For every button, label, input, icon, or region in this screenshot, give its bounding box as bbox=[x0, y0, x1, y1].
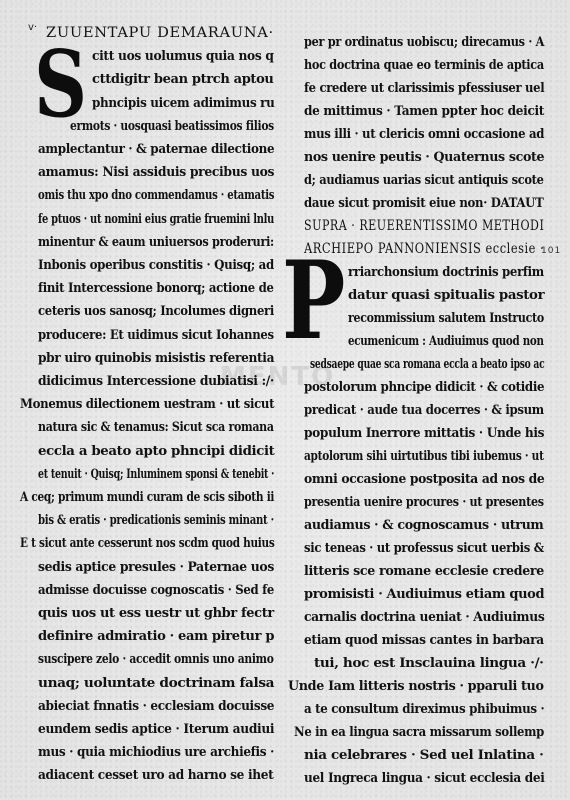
manuscript-line: ceteris uos sanosq; Incolumes digneri bbox=[38, 303, 274, 319]
manuscript-line: audiamus · & cognoscamus · utrum bbox=[304, 517, 543, 533]
manuscript-line: omis thu xpo dno commendamus · etamatis bbox=[38, 187, 274, 203]
manuscript-line: ecumenicum : Audiuimus quod non bbox=[348, 333, 544, 349]
manuscript-line: Monemus dilectionem uestram · ut sicut bbox=[20, 396, 274, 412]
manuscript-line: ermots · uosquasi beatissimos filios bbox=[70, 118, 274, 134]
manuscript-line: E t sicut ante cesserunt nos scdm quod h… bbox=[20, 535, 274, 551]
manuscript-line: bis & eratis · predicationis seminis min… bbox=[38, 512, 274, 528]
manuscript-line: ARCHIEPO PANNONIENSIS ecclesie · bbox=[304, 241, 544, 257]
manuscript-line: promisisti · Audiuimus etiam quod bbox=[304, 586, 544, 602]
manuscript-line: de mittimus · Tamen ppter hoc deicit bbox=[304, 103, 544, 119]
manuscript-line: natura sic & tenamus: Sicut sca romana bbox=[38, 419, 274, 435]
manuscript-line: phncipis uicem adimimus ru bbox=[92, 95, 274, 111]
manuscript-line: sedis aptice presules · Paternae uos bbox=[38, 559, 274, 575]
manuscript-line: a te consultum direximus phibuimus · bbox=[304, 701, 544, 717]
manuscript-line: minentur & eaum uniuersos proderuri: bbox=[38, 234, 274, 250]
manuscript-line: mus · quia michiodius ure archiefis · bbox=[38, 744, 274, 760]
manuscript-line: producere: Et uidimus sicut Iohannes bbox=[38, 327, 274, 343]
manuscript-line: mus illi · ut clericis omni occasione ad bbox=[304, 126, 544, 142]
manuscript-line: admisse docuisse cognoscatis · Sed fe bbox=[38, 582, 274, 598]
manuscript-line: quis uos ut ess uestr ut ghbr fectr bbox=[38, 605, 274, 621]
manuscript-line: d; audiamus uarias sicut antiquis scote bbox=[304, 172, 544, 188]
manuscript-line: amamus: Nisi assiduis precibus uos bbox=[38, 164, 274, 180]
manuscript-line: predicat · aude tua docerres · & ipsum bbox=[304, 402, 544, 418]
manuscript-line: presentia uenire procures · ut presentes bbox=[304, 494, 544, 510]
manuscript-line: hoc doctrina quae eo terminis de aptica bbox=[304, 57, 544, 73]
manuscript-line: postolorum phncipe didicit · & cotidie bbox=[304, 379, 544, 395]
manuscript-line: et tenuit · Quisq; Inluminem sponsi & te… bbox=[38, 466, 274, 482]
manuscript-line: suscipere zelo · accedit omnis uno animo bbox=[38, 651, 274, 667]
manuscript-line: nos uenire peutis · Quaternus scote bbox=[304, 149, 544, 165]
manuscript-line: abieciat fnnatis · ecclesiam docuisse bbox=[38, 698, 274, 714]
manuscript-line: didicimus Intercessione dubiatisi :/· bbox=[38, 373, 274, 389]
manuscript-line: rriarchonsium doctrinis perfim bbox=[348, 264, 544, 280]
manuscript-line: Unde Iam litteris nostris · pparuli tuo bbox=[288, 678, 544, 694]
manuscript-line: daue sicut promisit eiue non· DATAUT bbox=[304, 195, 543, 211]
manuscript-line: definire admiratio · eam piretur p bbox=[38, 628, 274, 644]
manuscript-line: finit Intercessione bonorq; actione de bbox=[38, 280, 274, 296]
manuscript-line: etiam quod missas cantes in barbara bbox=[304, 632, 544, 648]
manuscript-line: uel Ingreca lingua · sicut ecclesia dei bbox=[304, 770, 544, 786]
manuscript-line: per pr ordinatus uobiscu; direcamus · A bbox=[304, 34, 544, 50]
manuscript-line: populum Inerrore mittatis · Unde his bbox=[304, 425, 544, 441]
manuscript-line: datur quasi spitualis pastor bbox=[348, 287, 544, 303]
manuscript-line: recommissium salutem Instructo bbox=[348, 310, 544, 326]
manuscript-line: citt uos uolumus quia nos q bbox=[92, 48, 274, 64]
manuscript-line: fe credere ut clarissimis pfessiuser uel bbox=[304, 80, 544, 96]
manuscript-line: tui, hoc est Insclauina lingua ·/· bbox=[314, 655, 544, 671]
manuscript-line: adiacent cesset uro ad harno se ihet bbox=[38, 767, 273, 783]
decorated-initial-s: S bbox=[34, 38, 87, 130]
manuscript-line: fe ptuos · ut nomini eius gratie fruemin… bbox=[38, 211, 274, 227]
manuscript-line: pbr uiro quinobis misistis referentia bbox=[38, 350, 274, 366]
manuscript-line: nia celebrares · Sed uel Inlatina · bbox=[304, 747, 543, 763]
manuscript-line: unaq; uoluntate doctrinam falsa bbox=[38, 675, 274, 691]
manuscript-line: carnalis doctrina ueniat · Audiuimus bbox=[304, 609, 544, 625]
manuscript-line: aptolorum sihi uirtutibus tibi iubemus ·… bbox=[304, 448, 544, 464]
manuscript-line: eundem sedis aptice · Iterum audiui bbox=[38, 721, 274, 737]
decorated-initial-p: P bbox=[282, 247, 345, 355]
manuscript-page: v· MENTO 101 S P ZUUENTAPU DEMARAUNA·cit… bbox=[0, 0, 570, 800]
manuscript-line: SUPRA · REUERENTISSIMO METHODI bbox=[304, 218, 544, 234]
manuscript-line: omni occasione postposita ad nos de bbox=[304, 471, 544, 487]
manuscript-line: A ceq; primum mundi curam de scis siboth… bbox=[20, 489, 274, 505]
manuscript-line: amplectantur · & paternae dilectione bbox=[38, 141, 274, 157]
manuscript-line: sedsaepe quae sca romana eccla a beato i… bbox=[310, 356, 544, 372]
manuscript-line: Inbonis operibus constitis · Quisq; ad bbox=[38, 257, 274, 273]
manuscript-line: Ne in ea lingua sacra missarum sollemp bbox=[294, 724, 544, 740]
manuscript-line: litteris sce romane ecclesie credere bbox=[304, 563, 544, 579]
manuscript-line: cttdigitr bean ptrch aptou bbox=[92, 71, 274, 87]
manuscript-line: ZUUENTAPU DEMARAUNA· bbox=[46, 25, 274, 41]
manuscript-line: sic teneas · ut professus sicut uerbis & bbox=[304, 540, 544, 556]
manuscript-line: eccla a beato apto phncipi didicit bbox=[38, 443, 274, 459]
